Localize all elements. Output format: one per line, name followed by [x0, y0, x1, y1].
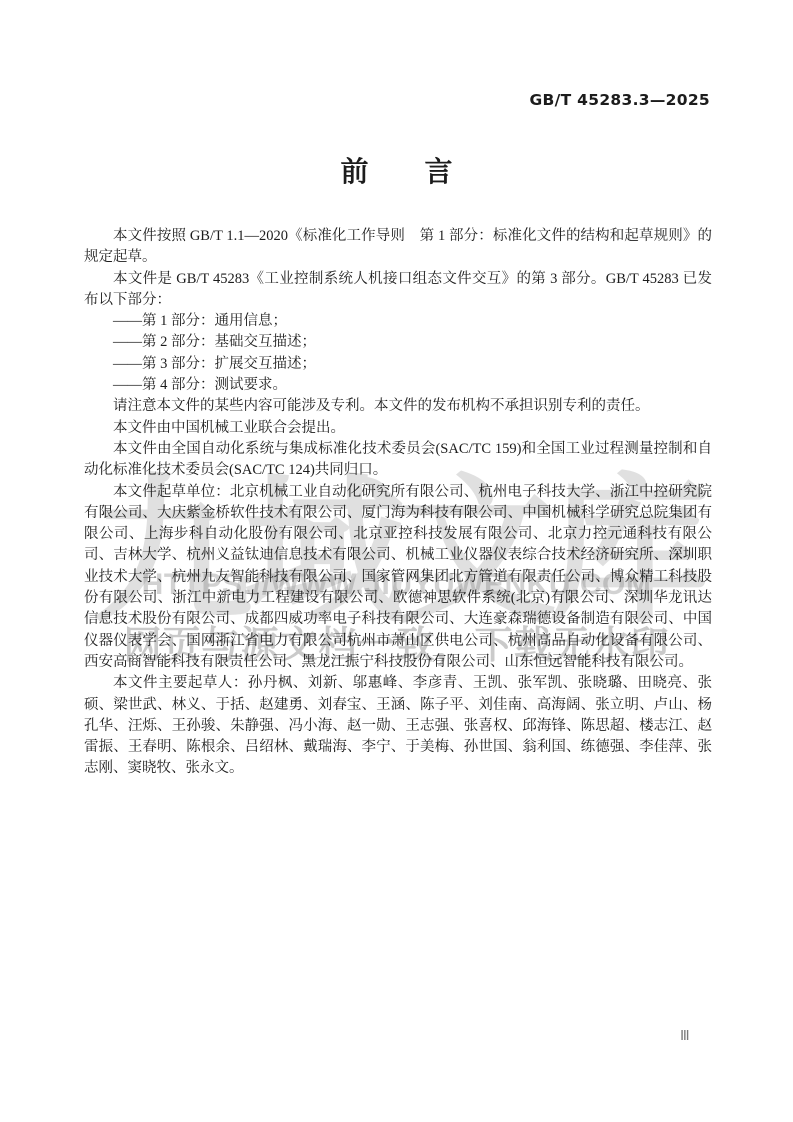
- page-title: 前 言: [0, 150, 793, 190]
- list-item-part-3: ——第 3 部分：扩展交互描述；: [84, 354, 712, 375]
- document-page: GB/T 45283.3—2025 前 言 本文件按照 GB/T 1.1—202…: [0, 0, 793, 1122]
- list-item-part-1: ——第 1 部分：通用信息；: [84, 311, 712, 332]
- paragraph-committee: 本文件由全国自动化系统与集成标准化技术委员会(SAC/TC 159)和全国工业过…: [84, 439, 712, 482]
- paragraph-drafting-basis: 本文件按照 GB/T 1.1—2020《标准化工作导则 第 1 部分：标准化文件…: [84, 226, 712, 269]
- standard-number: GB/T 45283.3—2025: [529, 91, 710, 109]
- paragraph-patent-notice: 请注意本文件的某些内容可能涉及专利。本文件的发布机构不承担识别专利的责任。: [84, 396, 712, 417]
- list-item-part-4: ——第 4 部分：测试要求。: [84, 375, 712, 396]
- page-number: Ⅲ: [680, 1028, 690, 1045]
- paragraph-series-intro: 本文件是 GB/T 45283《工业控制系统人机接口组态文件交互》的第 3 部分…: [84, 269, 712, 312]
- foreword-content: 本文件按照 GB/T 1.1—2020《标准化工作导则 第 1 部分：标准化文件…: [84, 226, 712, 780]
- paragraph-drafters: 本文件主要起草人：孙丹枫、刘新、邬惠峰、李彦青、王凯、张军凯、张晓璐、田晓亮、张…: [84, 673, 712, 779]
- paragraph-drafting-units: 本文件起草单位：北京机械工业自动化研究所有限公司、杭州电子科技大学、浙江中控研究…: [84, 482, 712, 674]
- paragraph-proposer: 本文件由中国机械工业联合会提出。: [84, 418, 712, 439]
- list-item-part-2: ——第 2 部分：基础交互描述；: [84, 332, 712, 353]
